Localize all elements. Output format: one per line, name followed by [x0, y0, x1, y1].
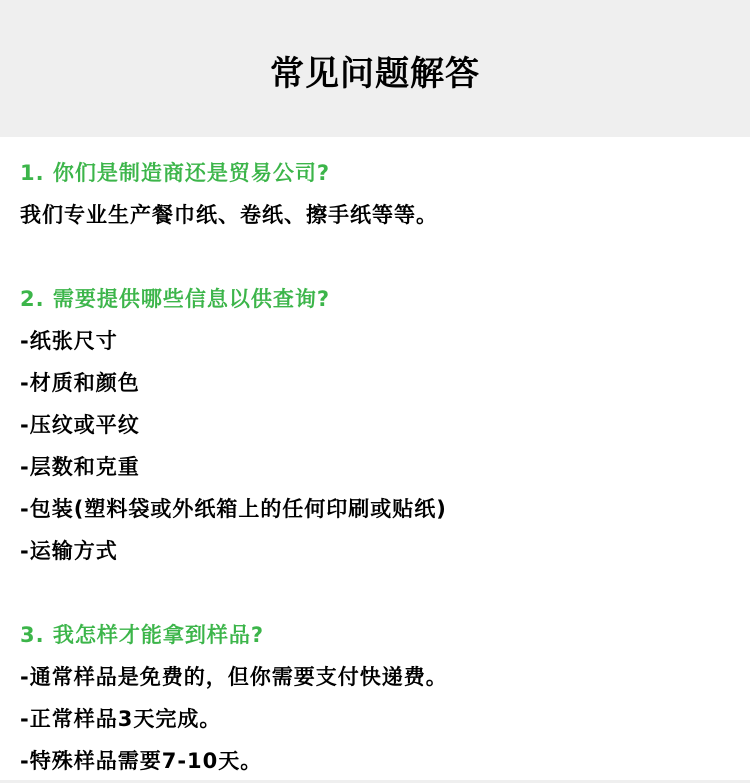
faq-answer-2-line-3: -压纹或平纹 — [20, 411, 140, 439]
faq-question-3: 3. 我怎样才能拿到样品? — [20, 621, 264, 649]
faq-question-1: 1. 你们是制造商还是贸易公司? — [20, 159, 330, 187]
page-header: 常见问题解答 — [0, 0, 750, 137]
faq-answer-3-line-2: -正常样品3天完成。 — [20, 705, 221, 733]
faq-answer-2-line-2: -材质和颜色 — [20, 369, 140, 397]
faq-answer-3-line-3: -特殊样品需要7-10天。 — [20, 747, 262, 775]
faq-answer-2-line-4: -层数和克重 — [20, 453, 140, 481]
faq-answer-1-line-1: 我们专业生产餐巾纸、卷纸、擦手纸等等。 — [20, 201, 438, 229]
faq-answer-2-line-1: -纸张尺寸 — [20, 327, 118, 355]
faq-answer-2-line-5: -包装(塑料袋或外纸箱上的任何印刷或贴纸) — [20, 495, 447, 523]
page-title: 常见问题解答 — [270, 46, 480, 95]
faq-question-2: 2. 需要提供哪些信息以供查询? — [20, 285, 330, 313]
faq-answer-3-line-1: -通常样品是免费的，但你需要支付快递费。 — [20, 663, 448, 691]
faq-answer-2-line-6: -运输方式 — [20, 537, 118, 565]
